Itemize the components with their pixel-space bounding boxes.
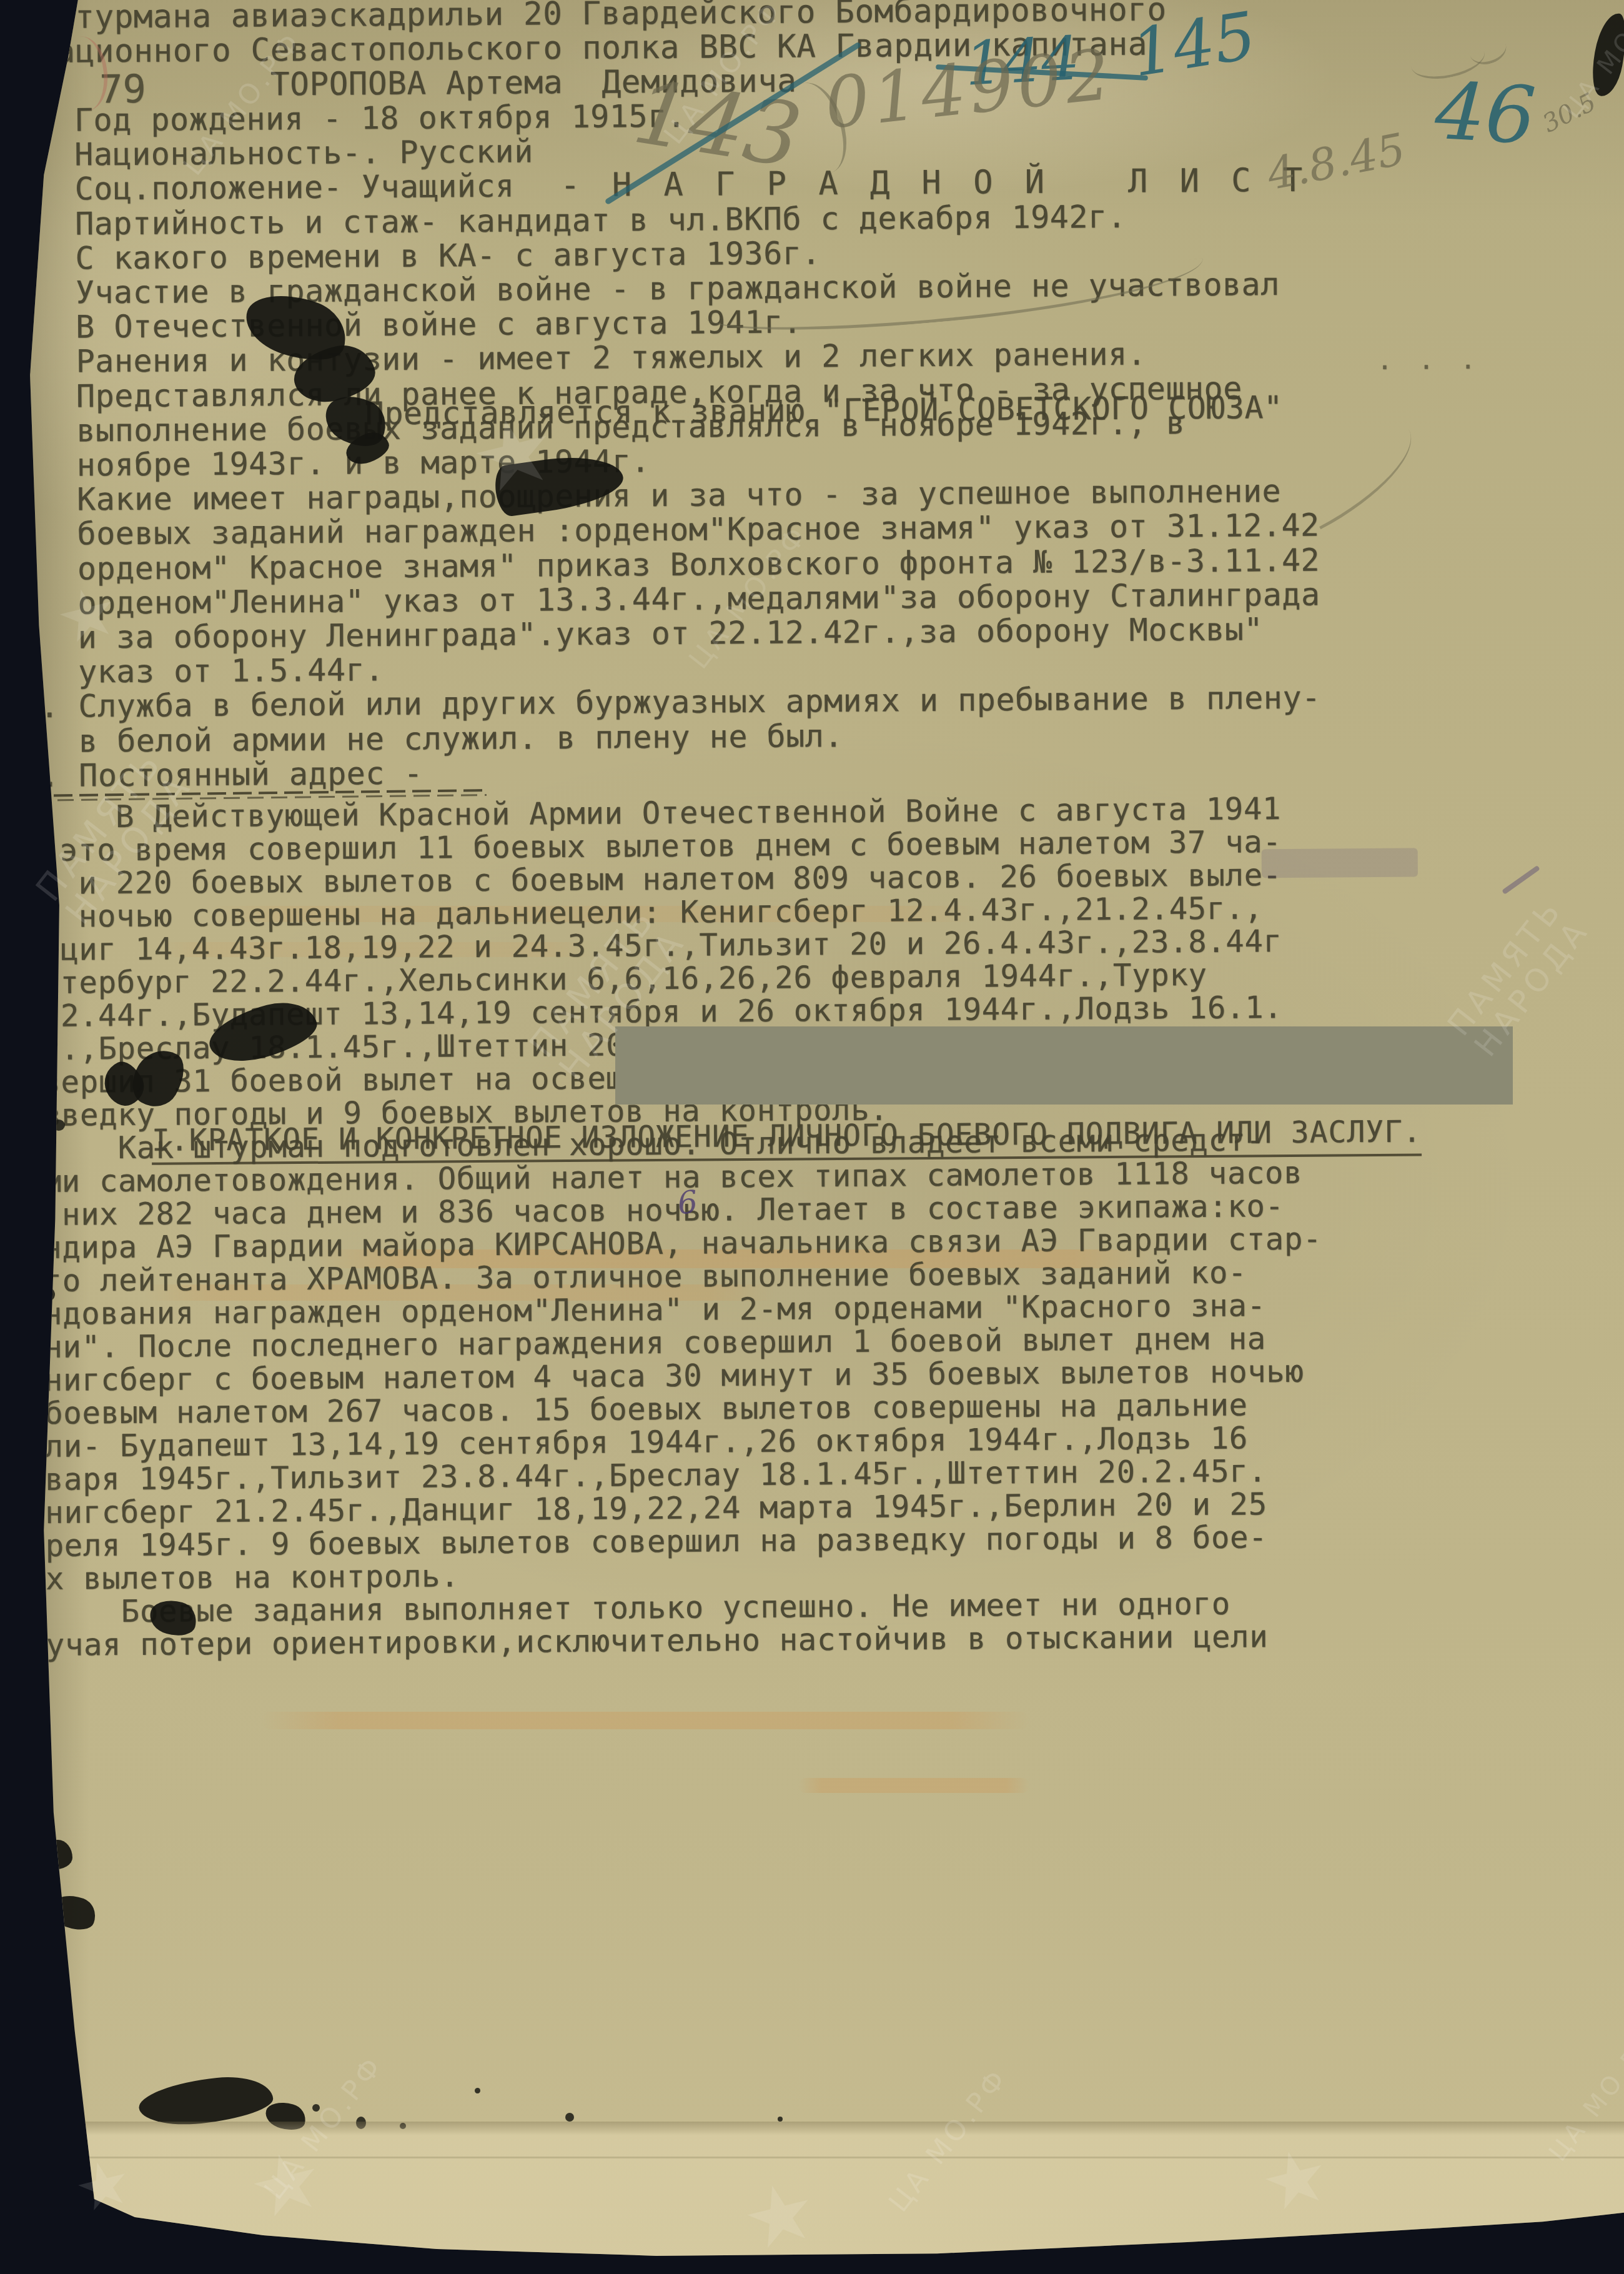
- questionnaire-list: 1. Год рождения - 18 октября 1915г. 2. Н…: [0, 92, 1624, 793]
- ink-speck: [565, 2113, 574, 2122]
- ink-speck: [475, 2088, 480, 2093]
- ink-speck: [312, 2104, 320, 2112]
- ink-speck: [356, 2117, 366, 2129]
- ink-blob: [36, 1840, 72, 1870]
- typed-content: 79 - Н А Г Р А Д Н О Й Л И С Т На штурма…: [0, 0, 1624, 2274]
- scanned-award-sheet: 79 - Н А Г Р А Д Н О Й Л И С Т На штурма…: [0, 0, 1624, 2274]
- ink-speck: [52, 1120, 65, 1131]
- purple-ink-overwrite: [1262, 848, 1418, 878]
- purple-insert-mark: 6: [676, 1183, 700, 1221]
- ink-speck: [778, 2117, 783, 2122]
- body-paragraph-2: Как штурман подготовлен хорошо. Отлично …: [5, 1121, 1624, 1596]
- paper-sheet: 79 - Н А Г Р А Д Н О Й Л И С Т На штурма…: [0, 0, 1624, 2274]
- redaction-box: [615, 1026, 1513, 1105]
- ink-speck: [400, 2123, 406, 2129]
- handwritten-folio-number: 46: [1433, 65, 1538, 162]
- body-paragraph-3: Боевые задания выполняет только успешно.…: [8, 1584, 1624, 1662]
- ink-speck: [37, 1287, 55, 1302]
